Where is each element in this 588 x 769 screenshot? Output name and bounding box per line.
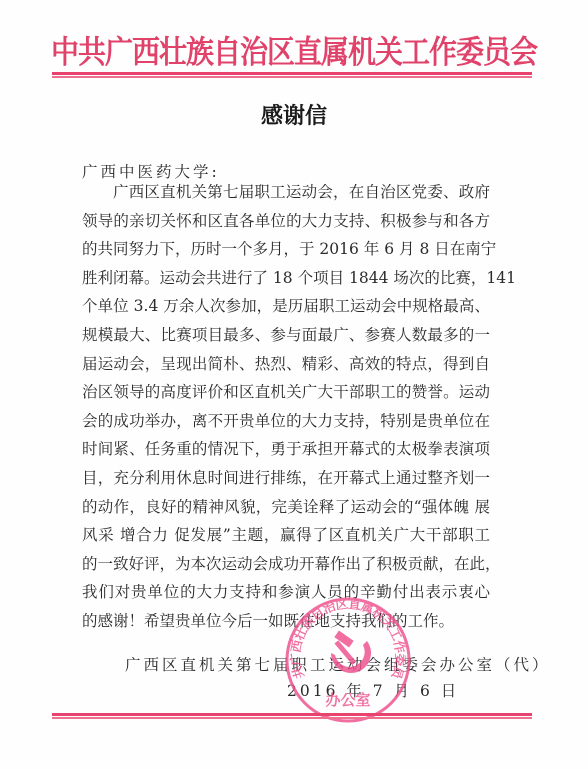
rule-thick-line (52, 72, 532, 75)
body-line: 时间紧、任务重的情况下，勇于承担开幕式的太极拳表演项 (82, 435, 490, 464)
letter-body: 广西区直机关第七届职工运动会，在自治区党委、政府 领导的亲切关怀和区直各单位的大… (82, 178, 490, 636)
letter-title: 感谢信 (0, 99, 588, 130)
body-line: 届运动会，呈现出简朴、热烈、精彩、高效的特点，得到自 (82, 350, 490, 379)
body-line: 胜利闭幕。运动会共进行了 18 个项目 1844 场次的比赛，141 (82, 264, 490, 293)
body-line: 风采 增合力 促发展”主题，赢得了区直机关广大干部职工 (82, 521, 490, 550)
letter-page: 中共广西壮族自治区直属机关工作委员会 感谢信 广西中医药大学: 广西区直机关第七… (0, 0, 588, 769)
body-line: 个单位 3.4 万余人次参加，是历届职工运动会中规格最高、 (82, 292, 490, 321)
rule-thick-line (52, 713, 532, 716)
body-line: 领导的亲切关怀和区直各单位的大力支持、积极参与和各方 (82, 207, 490, 236)
body-line: 的感谢！希望贵单位今后一如既往地支持我们的工作。 (82, 607, 490, 636)
letterhead-organization: 中共广西壮族自治区直属机关工作委员会 (0, 28, 588, 73)
body-line: 规模最大、比赛项目最多、参与面最广、参赛人数最多的一 (82, 321, 490, 350)
letterhead-top-rule (52, 72, 532, 78)
signature-organization: 广西区直机关第七届职工运动会组委会办公室（代） (125, 653, 551, 675)
body-line: 治区领导的高度评价和区直机关广大干部职工的赞誉。运动 (82, 378, 490, 407)
body-line: 我们对贵单位的大力支持和参演人员的辛勤付出表示衷心 (82, 578, 490, 607)
letter-bottom-rule (52, 713, 532, 719)
body-line: 会的成功举办，离不开贵单位的大力支持，特别是贵单位在 (82, 407, 490, 436)
body-line: 目，充分利用休息时间进行排练，在开幕式上通过整齐划一 (82, 464, 490, 493)
body-line: 广西区直机关第七届职工运动会，在自治区党委、政府 (82, 178, 490, 207)
body-line: 的共同努力下，历时一个多月，于 2016 年 6 月 8 日在南宁 (82, 235, 490, 264)
body-line: 的一致好评，为本次运动会成功开幕作出了积极贡献，在此， (82, 550, 490, 579)
rule-thin-line (52, 76, 532, 78)
body-line: 的动作，良好的精神风貌，完美诠释了运动会的“强体魄 展 (82, 493, 490, 522)
rule-thin-line (52, 717, 532, 719)
signature-date: 2016 年 7 月 6 日 (287, 679, 459, 701)
